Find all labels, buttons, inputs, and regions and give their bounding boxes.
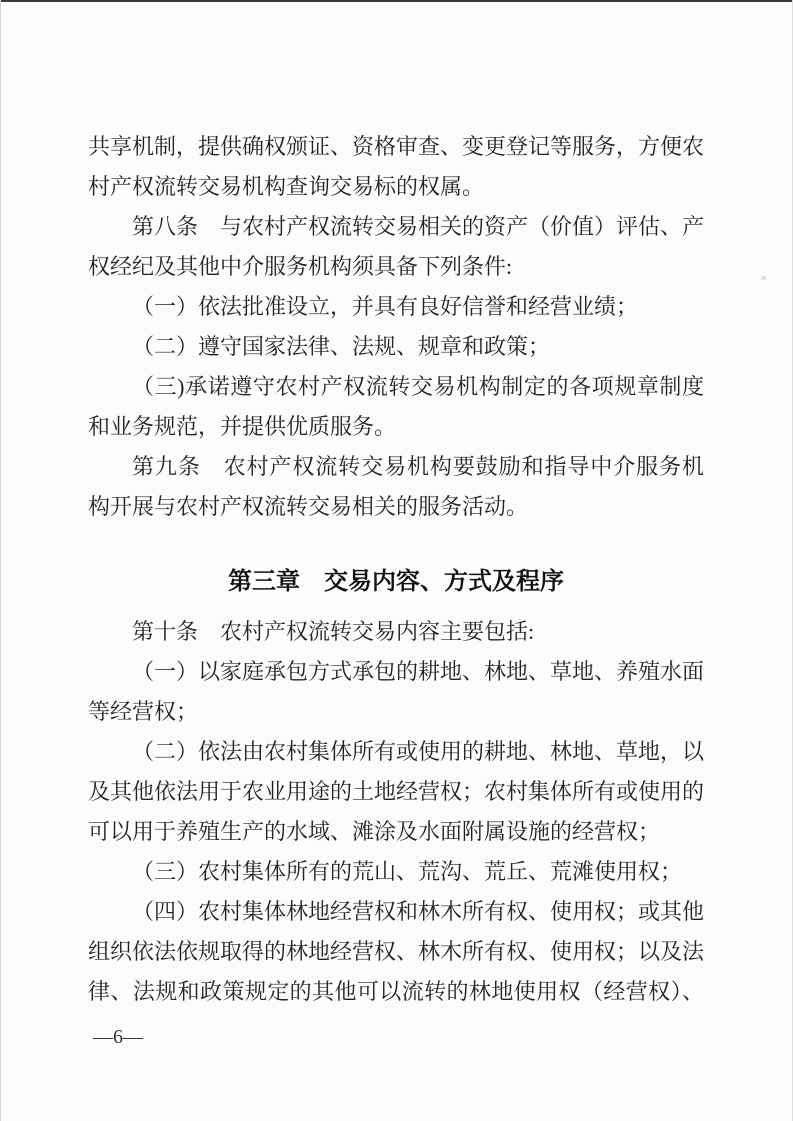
text-line: 组织依法依规取得的林地经营权、林木所有权、使用权；以及法 <box>88 932 704 972</box>
scan-speck <box>761 276 766 280</box>
text-line: 律、法规和政策规定的其他可以流转的林地使用权（经营权）、 <box>88 972 704 1012</box>
text-line: 和业务规范，并提供优质服务。 <box>88 407 704 447</box>
text-line: 第九条 农村产权流转交易机构要鼓励和指导中介服务机 <box>88 447 704 487</box>
text-line: 村产权流转交易机构查询交易标的权属。 <box>88 167 704 207</box>
page-number: —6— <box>93 1022 143 1052</box>
scan-edge-top <box>0 0 793 2</box>
text-line: 可以用于养殖生产的水域、滩涂及水面附属设施的经营权； <box>88 812 704 852</box>
chapter-heading: 第三章 交易内容、方式及程序 <box>88 559 704 604</box>
text-line: （二）依法由农村集体所有或使用的耕地、林地、草地，以 <box>88 732 704 772</box>
text-line: 共享机制，提供确权颁证、资格审查、变更登记等服务，方便农 <box>88 127 704 167</box>
text-line: 第十条 农村产权流转交易内容主要包括: <box>88 612 704 652</box>
text-line: 构开展与农村产权流转交易相关的服务活动。 <box>88 487 704 527</box>
text-line: （二）遵守国家法律、法规、规章和政策； <box>88 327 704 367</box>
text-line: （一）依法批准设立，并具有良好信誉和经营业绩； <box>88 287 704 327</box>
text-line: 及其他依法用于农业用途的土地经营权；农村集体所有或使用的 <box>88 772 704 812</box>
scanned-document-page: 共享机制，提供确权颁证、资格审查、变更登记等服务，方便农 村产权流转交易机构查询… <box>0 0 793 1121</box>
text-line: （三)承诺遵守农村产权流转交易机构制定的各项规章制度 <box>88 367 704 407</box>
text-line: 等经营权； <box>88 692 704 732</box>
text-line: （四）农村集体林地经营权和林木所有权、使用权；或其他 <box>88 892 704 932</box>
scan-edge-left <box>0 0 1 1121</box>
text-line: 第八条 与农村产权流转交易相关的资产（价值）评估、产 <box>88 207 704 247</box>
document-body: 共享机制，提供确权颁证、资格审查、变更登记等服务，方便农 村产权流转交易机构查询… <box>88 127 704 1012</box>
text-line: 权经纪及其他中介服务机构须具备下列条件: <box>88 247 704 287</box>
text-line: （三）农村集体所有的荒山、荒沟、荒丘、荒滩使用权； <box>88 852 704 892</box>
text-line: （一）以家庭承包方式承包的耕地、林地、草地、养殖水面 <box>88 652 704 692</box>
